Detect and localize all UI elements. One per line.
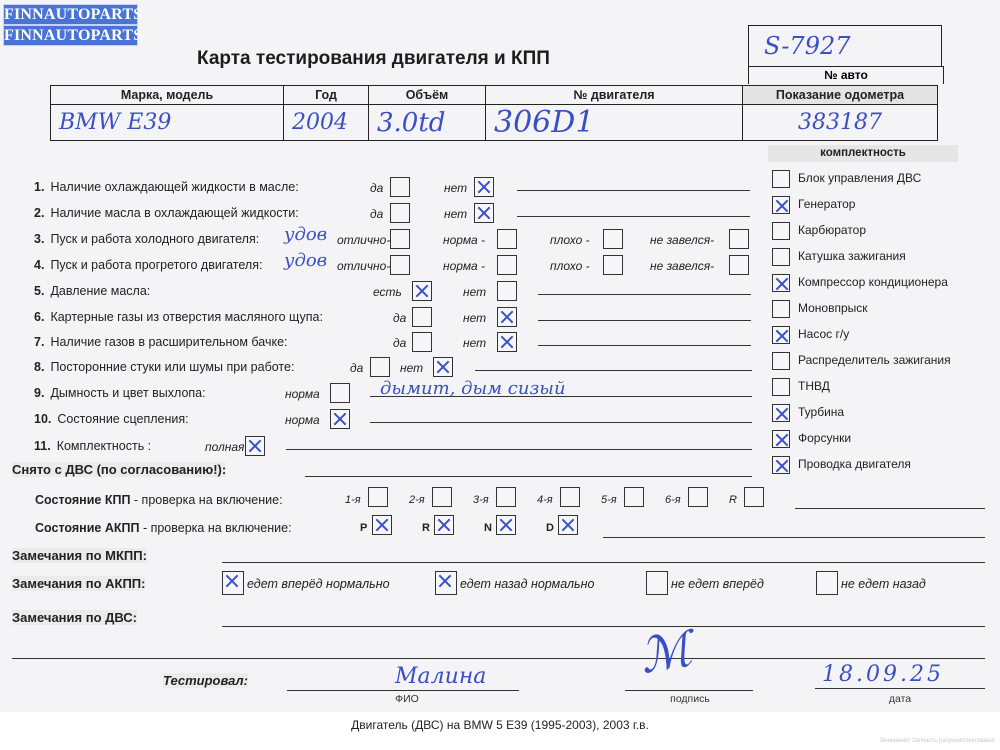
gear-checkbox[interactable] — [432, 487, 452, 507]
akpp-gear-label: P — [360, 522, 367, 534]
tester-name: Малина — [395, 664, 486, 689]
completeness-item: Проводка двигателя — [772, 456, 911, 474]
value-year: 2004 — [284, 105, 369, 141]
removed-label: Снято с ДВС (по согласованию!): — [12, 462, 226, 477]
question-9: 9.Дымность и цвет выхлопа: — [34, 386, 206, 400]
gear-checkbox[interactable] — [496, 487, 516, 507]
completeness-item: Блок управления ДВС — [772, 170, 921, 188]
option-checkbox[interactable] — [390, 255, 410, 275]
gear-checkbox[interactable] — [368, 487, 388, 507]
answer-line — [538, 320, 751, 321]
question-text: Картерные газы из отверстия масляного щу… — [50, 310, 322, 324]
completeness-checkbox[interactable] — [772, 274, 790, 292]
question-number: 3. — [34, 232, 44, 246]
option-checkbox[interactable] — [603, 229, 623, 249]
gear-label: 1-я — [345, 494, 361, 506]
option-checkbox[interactable] — [433, 357, 453, 377]
car-number-value: S-7927 — [749, 26, 941, 60]
option-label: норма - — [443, 233, 485, 247]
akpp-gear-checkbox[interactable] — [434, 515, 454, 535]
handwritten-note: удов — [284, 224, 327, 245]
question-text: Дымность и цвет выхлопа: — [50, 386, 205, 400]
vehicle-info-table: Марка, модель Год Объём № двигателя Пока… — [50, 85, 938, 141]
option-label: плохо - — [550, 259, 590, 273]
signature-caption: подпись — [660, 693, 720, 705]
completeness-label: Компрессор кондиционера — [798, 275, 948, 289]
option-checkbox[interactable] — [330, 409, 350, 429]
option-label: не завелся- — [650, 233, 714, 247]
option-label: не завелся- — [650, 259, 714, 273]
brand-logo: FINNAUTOPARTS — [3, 4, 138, 25]
akpp-remark-checkbox[interactable] — [222, 571, 244, 595]
option-label: да — [393, 336, 406, 350]
gear-checkbox[interactable] — [624, 487, 644, 507]
name-caption: ФИО — [387, 693, 427, 705]
option-label: нет — [444, 181, 467, 195]
car-number-label: № авто — [748, 66, 944, 84]
image-caption: Двигатель (ДВС) на BMW 5 E39 (1995-2003)… — [0, 718, 1000, 732]
option-checkbox[interactable] — [497, 332, 517, 352]
option-checkbox[interactable] — [497, 229, 517, 249]
completeness-item: ТНВД — [772, 378, 830, 396]
question-number: 9. — [34, 386, 44, 400]
removed-line — [305, 476, 752, 477]
gear-label: 3-я — [473, 494, 489, 506]
col-year: Год — [284, 86, 369, 105]
question-11: 11.Комплектность : — [34, 439, 151, 453]
question-2: 2.Наличие масла в охлаждающей жидкости: — [34, 206, 299, 220]
completeness-checkbox[interactable] — [772, 378, 790, 396]
question-text: Наличие охлаждающей жидкости в масле: — [50, 180, 298, 194]
answer-line — [517, 216, 750, 217]
akpp-remark-label: не едет вперёд — [671, 577, 764, 591]
option-checkbox[interactable] — [370, 357, 390, 377]
gear-label: 6-я — [665, 494, 681, 506]
akpp-remark-checkbox[interactable] — [435, 571, 457, 595]
answer-line — [370, 422, 752, 423]
car-number-box: S-7927 — [748, 25, 942, 66]
option-label: норма - — [443, 259, 485, 273]
option-checkbox[interactable] — [412, 307, 432, 327]
question-number: 11. — [34, 439, 51, 453]
question-text: Пуск и работа прогретого двигателя: — [50, 258, 262, 272]
option-label: полная — [205, 440, 244, 454]
completeness-label: Карбюратор — [798, 223, 866, 237]
completeness-label: Моновпрыск — [798, 301, 868, 315]
option-checkbox[interactable] — [497, 307, 517, 327]
question-1: 1.Наличие охлаждающей жидкости в масле: — [34, 180, 299, 194]
question-text: Комплектность : — [57, 439, 151, 453]
option-checkbox[interactable] — [390, 203, 410, 223]
question-text: Наличие масла в охлаждающей жидкости: — [50, 206, 298, 220]
col-odometer: Показание одометра — [743, 86, 938, 105]
completeness-item: Генератор — [772, 196, 855, 214]
completeness-item: Карбюратор — [772, 222, 866, 240]
completeness-checkbox[interactable] — [772, 196, 790, 214]
option-label: нет — [444, 207, 467, 221]
option-checkbox[interactable] — [245, 436, 265, 456]
question-text: Посторонние стуки или шумы при работе: — [50, 360, 294, 374]
option-label: да — [370, 181, 383, 195]
question-text: Давление масла: — [50, 284, 150, 298]
completeness-label: Проводка двигателя — [798, 457, 911, 471]
date-caption: дата — [875, 693, 925, 705]
gear-label: 4-я — [537, 494, 553, 506]
option-checkbox[interactable] — [390, 177, 410, 197]
completeness-checkbox[interactable] — [772, 430, 790, 448]
question-8: 8.Посторонние стуки или шумы при работе: — [34, 360, 294, 374]
completeness-label: Форсунки — [798, 431, 851, 445]
remarks-dvs-label: Замечания по ДВС: — [12, 610, 137, 625]
completeness-checkbox[interactable] — [772, 326, 790, 344]
question-number: 5. — [34, 284, 44, 298]
question-10: 10.Состояние сцепления: — [34, 412, 189, 426]
completeness-item: Катушка зажигания — [772, 248, 906, 266]
value-make-model: BMW E39 — [51, 105, 284, 141]
question-text: Пуск и работа холодного двигателя: — [50, 232, 259, 246]
watermark-note: Внимание! Запчасть разукомплектована! — [880, 738, 995, 744]
signature: ℳ — [636, 621, 696, 685]
question-3: 3.Пуск и работа холодного двигателя: — [34, 232, 259, 246]
handwritten-note: удов — [284, 250, 327, 271]
option-label: отлично- — [337, 233, 390, 247]
answer-line — [517, 190, 750, 191]
completeness-checkbox[interactable] — [772, 300, 790, 318]
option-checkbox[interactable] — [603, 255, 623, 275]
option-checkbox[interactable] — [412, 281, 432, 301]
completeness-label: ТНВД — [798, 379, 830, 393]
option-label: норма — [285, 413, 320, 427]
completeness-checkbox[interactable] — [772, 222, 790, 240]
question-5: 5.Давление масла: — [34, 284, 150, 298]
completeness-label: Катушка зажигания — [798, 249, 906, 263]
option-label: нет — [463, 336, 486, 350]
question-number: 2. — [34, 206, 44, 220]
gear-checkbox[interactable] — [744, 487, 764, 507]
akpp-remark-checkbox[interactable] — [646, 571, 668, 595]
gear-checkbox[interactable] — [688, 487, 708, 507]
answer-line — [538, 294, 751, 295]
option-checkbox[interactable] — [474, 203, 494, 223]
tested-by-label: Тестировал: — [163, 673, 248, 688]
gear-label: 5-я — [601, 494, 617, 506]
brand-logo-secondary: FINNAUTOPARTS — [3, 25, 138, 46]
akpp-remark-checkbox[interactable] — [816, 571, 838, 595]
completeness-checkbox[interactable] — [772, 456, 790, 474]
completeness-label: Блок управления ДВС — [798, 171, 921, 185]
option-checkbox[interactable] — [729, 229, 749, 249]
completeness-item: Компрессор кондиционера — [772, 274, 948, 292]
option-label: нет — [463, 311, 486, 325]
akpp-remark-label: едет вперёд нормально — [247, 577, 390, 591]
akpp-label: Состояние АКПП - проверка на включение: — [35, 521, 292, 535]
value-odometer: 383187 — [743, 105, 938, 141]
completeness-heading: комплектность — [768, 145, 958, 162]
question-6: 6.Картерные газы из отверстия масляного … — [34, 310, 323, 324]
option-label: плохо - — [550, 233, 590, 247]
gear-label: R — [729, 494, 737, 506]
completeness-item: Распределитель зажигания — [772, 352, 951, 370]
question-number: 4. — [34, 258, 44, 272]
value-volume: 3.0td — [369, 105, 486, 141]
akpp-gear-checkbox[interactable] — [372, 515, 392, 535]
gear-checkbox[interactable] — [560, 487, 580, 507]
answer-line — [538, 345, 751, 346]
akpp-gear-checkbox[interactable] — [496, 515, 516, 535]
test-card-scan: FINNAUTOPARTS FINNAUTOPARTS Карта тестир… — [0, 0, 1000, 712]
question-7: 7.Наличие газов в расширительном бачке: — [34, 335, 288, 349]
option-label: да — [393, 311, 406, 325]
exhaust-comment: дымит, дым сизый — [380, 378, 566, 399]
option-label: есть — [373, 285, 402, 299]
question-number: 10. — [34, 412, 51, 426]
completeness-item: Турбина — [772, 404, 844, 422]
option-checkbox[interactable] — [729, 255, 749, 275]
option-label: да — [350, 361, 363, 375]
option-label: нет — [400, 361, 423, 375]
completeness-checkbox[interactable] — [772, 170, 790, 188]
gear-label: 2-я — [409, 494, 425, 506]
kpp-label: Состояние КПП - проверка на включение: — [35, 493, 283, 507]
option-checkbox[interactable] — [474, 177, 494, 197]
completeness-item: Насос г/у — [772, 326, 849, 344]
option-label: нет — [463, 285, 486, 299]
completeness-label: Генератор — [798, 197, 855, 211]
question-number: 1. — [34, 180, 44, 194]
option-checkbox[interactable] — [497, 281, 517, 301]
completeness-label: Насос г/у — [798, 327, 849, 341]
test-date: 18.09.25 — [822, 662, 944, 687]
answer-line — [286, 449, 752, 450]
question-text: Состояние сцепления: — [57, 412, 188, 426]
col-engine-number: № двигателя — [486, 86, 743, 105]
akpp-gear-label: R — [422, 522, 430, 534]
option-checkbox[interactable] — [330, 383, 350, 403]
question-4: 4.Пуск и работа прогретого двигателя: — [34, 258, 262, 272]
completeness-label: Распределитель зажигания — [798, 353, 951, 367]
completeness-checkbox[interactable] — [772, 248, 790, 266]
remarks-akpp-label: Замечания по АКПП: — [12, 576, 145, 591]
question-number: 7. — [34, 335, 44, 349]
option-label: отлично- — [337, 259, 390, 273]
option-label: да — [370, 207, 383, 221]
option-label: норма — [285, 387, 320, 401]
completeness-checkbox[interactable] — [772, 352, 790, 370]
akpp-remark-label: едет назад нормально — [460, 577, 594, 591]
akpp-gear-checkbox[interactable] — [558, 515, 578, 535]
option-checkbox[interactable] — [497, 255, 517, 275]
answer-line — [475, 370, 752, 371]
question-number: 8. — [34, 360, 44, 374]
akpp-remark-label: не едет назад — [841, 577, 926, 591]
remarks-mkpp-label: Замечания по МКПП: — [12, 548, 147, 563]
completeness-label: Турбина — [798, 405, 844, 419]
question-number: 6. — [34, 310, 44, 324]
completeness-item: Форсунки — [772, 430, 851, 448]
question-text: Наличие газов в расширительном бачке: — [50, 335, 287, 349]
value-engine-number: 306D1 — [486, 105, 743, 141]
option-checkbox[interactable] — [412, 332, 432, 352]
akpp-gear-label: D — [546, 522, 554, 534]
option-checkbox[interactable] — [390, 229, 410, 249]
completeness-item: Моновпрыск — [772, 300, 868, 318]
col-volume: Объём — [369, 86, 486, 105]
completeness-checkbox[interactable] — [772, 404, 790, 422]
col-make-model: Марка, модель — [51, 86, 284, 105]
form-title: Карта тестирования двигателя и КПП — [197, 48, 550, 70]
akpp-gear-label: N — [484, 522, 492, 534]
